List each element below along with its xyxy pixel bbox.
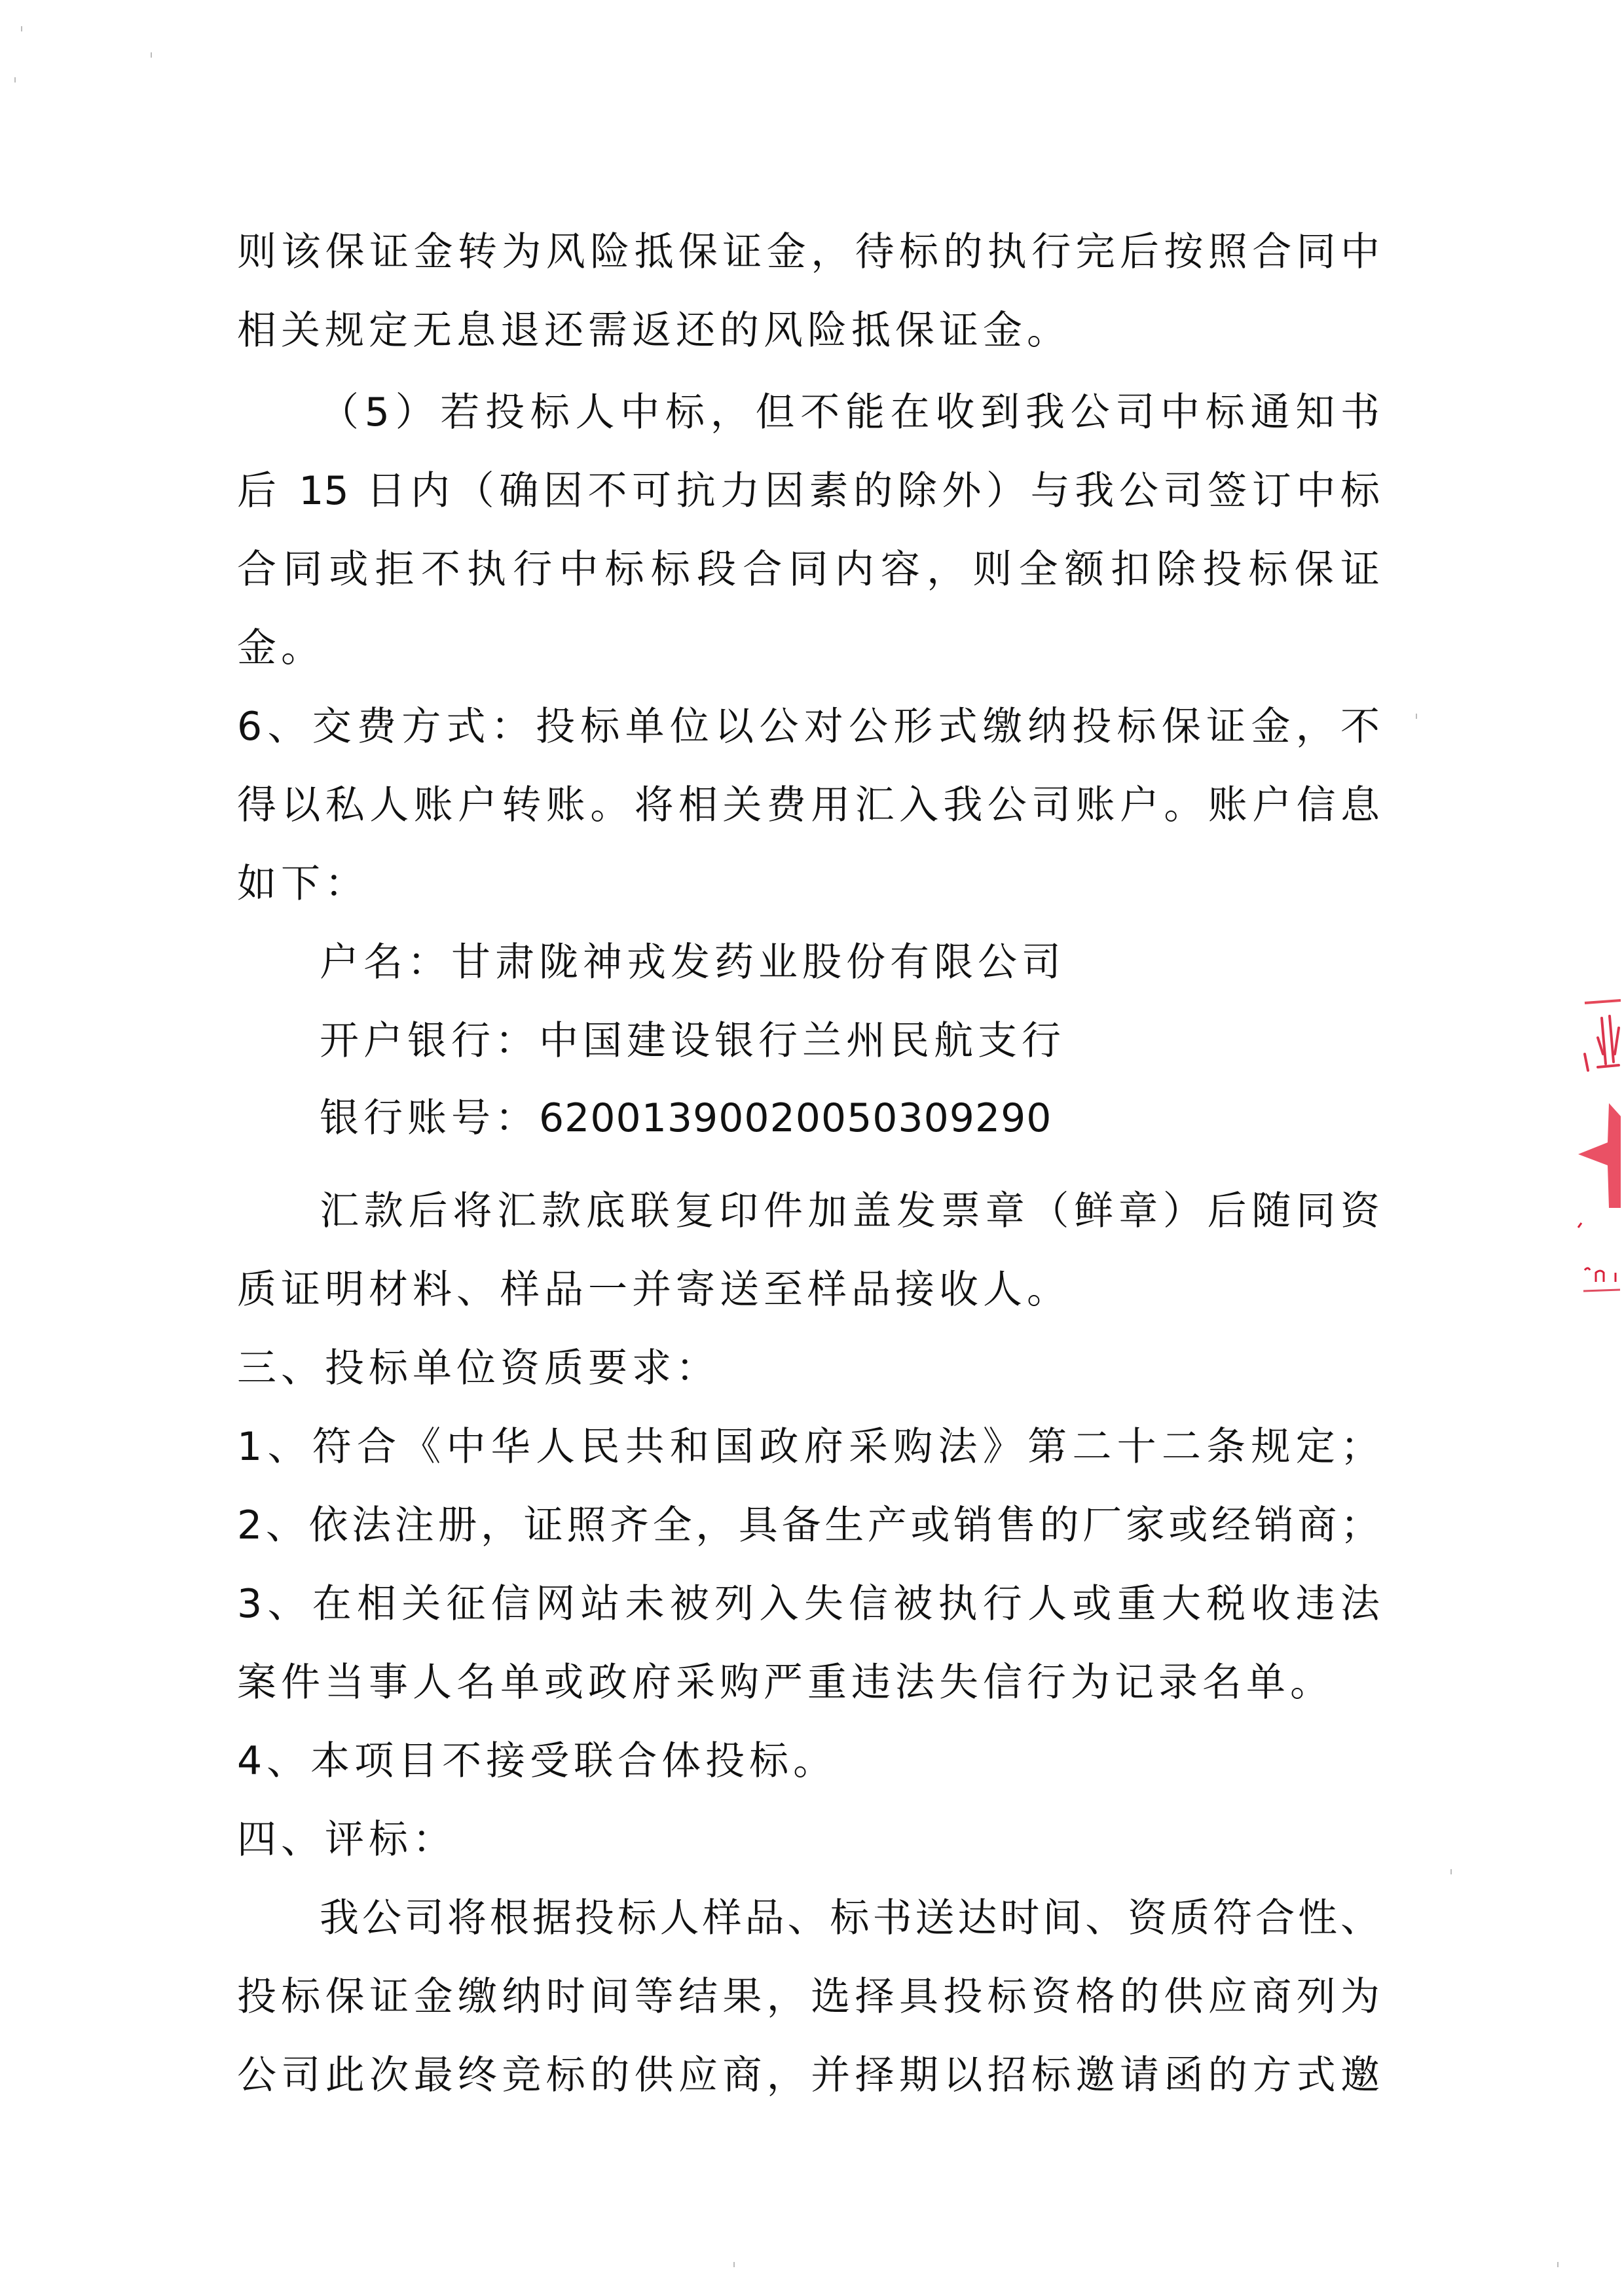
qualification-item-4: 4、本项目不接受联合体投标。 [237,1728,1380,1794]
account-name-label: 户名： [320,939,451,985]
document-page: 则该保证金转为风险抵保证金，待标的执行完后按照合同中 相关规定无息退还需返还的风… [0,0,1624,2296]
account-number-label: 银行账号： [320,1095,539,1141]
payment-method-line: 得以私人账户转账。将相关费用汇入我公司账户。账户信息 [237,773,1380,838]
company-seal-fragment [1532,969,1624,1309]
scan-speck [151,52,152,58]
account-name-row: 户名：甘肃陇神戎发药业股份有限公司 [320,930,1380,995]
paragraph-line: 相关规定无息退还需返还的风险抵保证金。 [237,298,1380,363]
payment-method-line: 6、交费方式：投标单位以公对公形式缴纳投标保证金，不 [237,694,1380,759]
paragraph-line: 则该保证金转为风险抵保证金，待标的执行完后按照合同中 [237,219,1380,285]
clause-5-line: 金。 [237,615,1380,681]
section-heading-qualifications: 三、投标单位资质要求： [237,1336,1380,1401]
qualification-item-3-cont: 案件当事人名单或政府采购严重违法失信行为记录名单。 [237,1650,1380,1715]
scan-speck [733,2262,735,2267]
remittance-line: 汇款后将汇款底联复印件加盖发票章（鲜章）后随同资 [320,1178,1380,1244]
account-name-value: 甘肃陇神戎发药业股份有限公司 [451,939,1065,985]
section-heading-evaluation: 四、评标： [237,1807,1380,1872]
evaluation-line: 投标保证金缴纳时间等结果，选择具投标资格的供应商列为 [237,1964,1380,2030]
scan-speck [14,77,16,82]
qualification-item-1: 1、符合《中华人民共和国政府采购法》第二十二条规定； [237,1414,1380,1480]
account-number-value: 62001390020050309290 [539,1095,1052,1141]
account-number-row: 银行账号：62001390020050309290 [320,1085,1380,1151]
scan-speck [21,26,22,31]
payment-method-line: 如下： [237,851,1380,917]
bank-name-label: 开户银行： [320,1018,539,1064]
clause-5-line: 后 15 日内（确因不可抗力因素的除外）与我公司签订中标 [237,458,1380,524]
scan-speck [1557,2262,1559,2267]
bank-name-row: 开户银行：中国建设银行兰州民航支行 [320,1008,1380,1074]
qualification-item-2: 2、依法注册，证照齐全，具备生产或销售的厂家或经销商； [237,1493,1380,1558]
qualification-item-3: 3、在相关征信网站未被列入失信被执行人或重大税收违法 [237,1571,1380,1637]
evaluation-line: 公司此次最终竞标的供应商，并择期以招标邀请函的方式邀 [237,2043,1380,2108]
clause-5-line: （5）若投标人中标，但不能在收到我公司中标通知书 [320,380,1380,445]
clause-5-line: 合同或拒不执行中标标段合同内容，则全额扣除投标保证 [237,537,1380,602]
scan-speck [1450,1869,1452,1874]
seal-icon [1532,969,1624,1309]
bank-name-value: 中国建设银行兰州民航支行 [539,1018,1065,1064]
scan-speck [1416,714,1417,719]
remittance-line: 质证明材料、样品一并寄送至样品接收人。 [237,1257,1380,1322]
evaluation-line: 我公司将根据投标人样品、标书送达时间、资质符合性、 [320,1886,1380,1951]
